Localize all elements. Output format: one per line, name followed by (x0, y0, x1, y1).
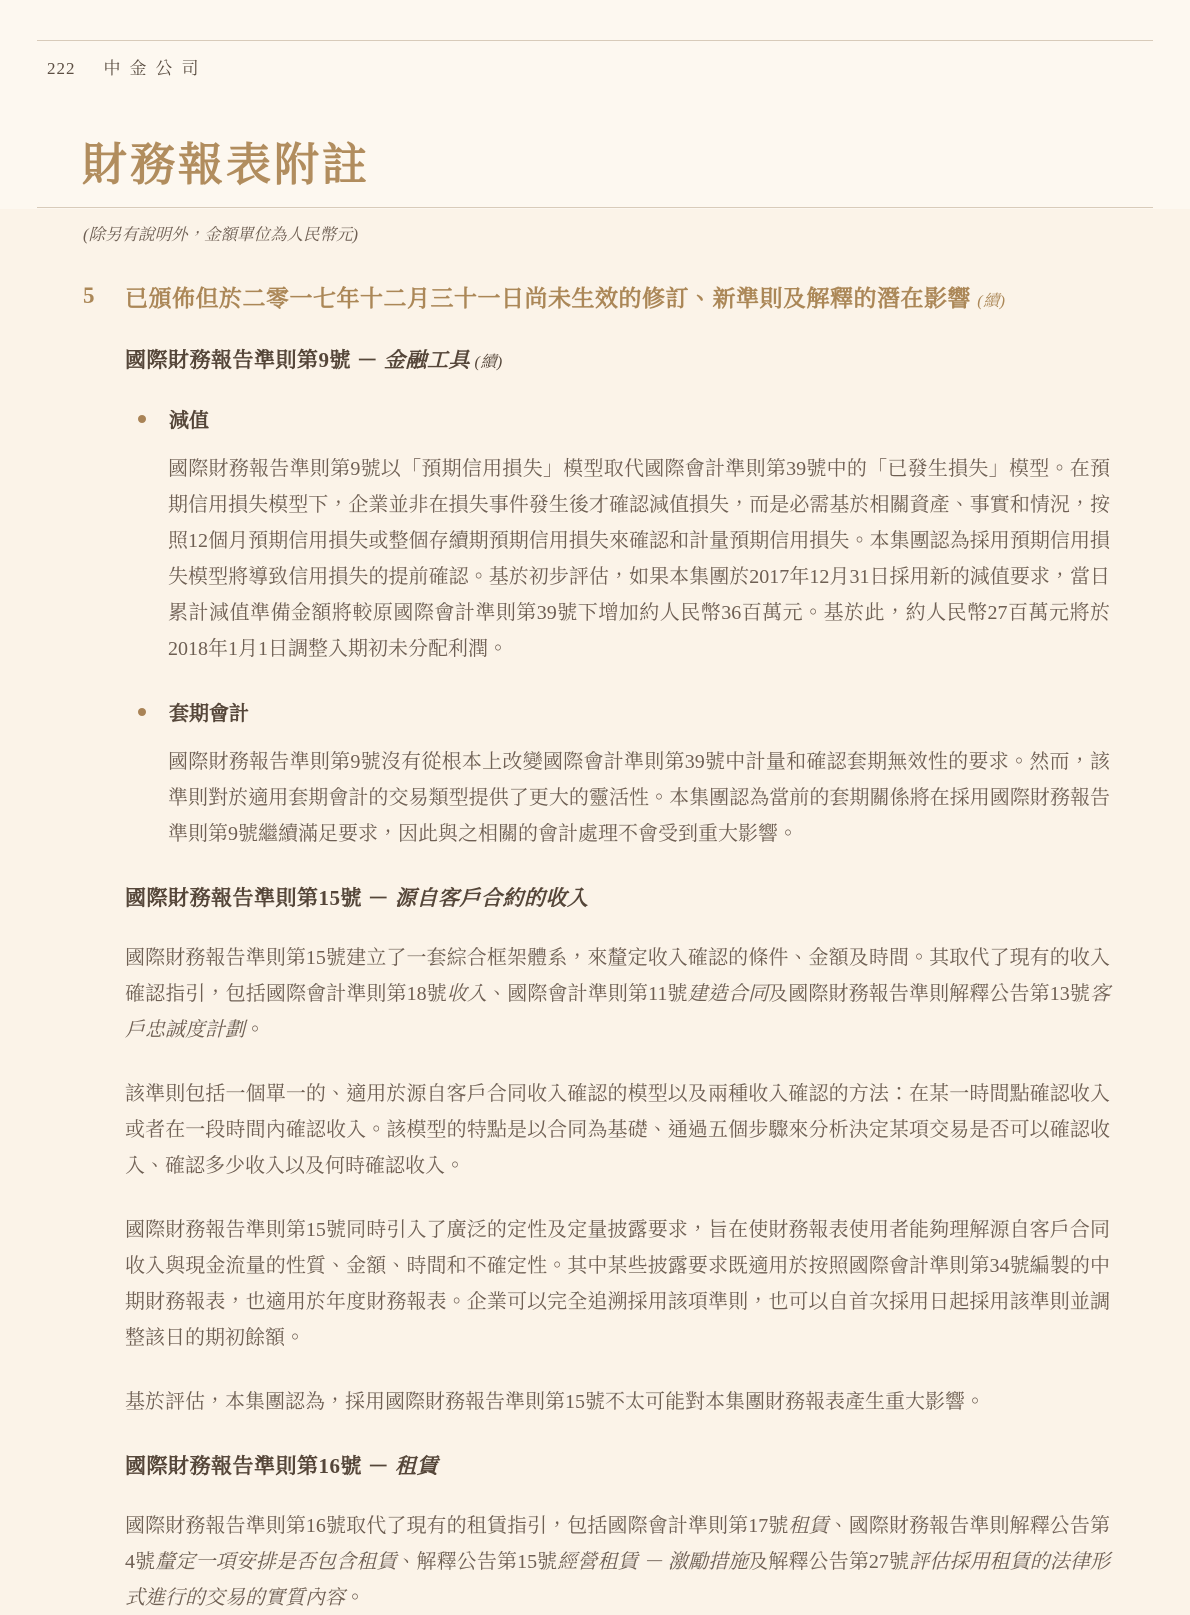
impairment-paragraph: 國際財務報告準則第9號以「預期信用損失」模型取代國際會計準則第39號中的「已發生… (168, 451, 1110, 667)
hedge-accounting-paragraph: 國際財務報告準則第9號沒有從根本上改變國際會計準則第39號中計量和確認套期無效性… (168, 744, 1110, 852)
ifrs9-heading: 國際財務報告準則第9號 － 金融工具 (續) (125, 344, 1110, 374)
bullet-icon (138, 708, 146, 716)
page-header: 222 中金公司 (47, 54, 1190, 79)
report-page: 222 中金公司 財務報表附註 (除另有說明外，金額單位為人民幣元) 5 已頒佈… (0, 0, 1190, 1615)
ifrs16-heading-plain: 國際財務報告準則第16號 － (125, 1454, 395, 1478)
ifrs15-heading: 國際財務報告準則第15號 － 源自客戶合約的收入 (125, 882, 1110, 912)
section-title: 已頒佈但於二零一七年十二月三十一日尚未生效的修訂、新準則及解釋的潛在影響 (續) (125, 283, 1065, 314)
ifrs16-paragraph-1: 國際財務報告準則第16號取代了現有的租賃指引，包括國際會計準則第17號租賃、國際… (125, 1508, 1110, 1615)
bullet-label-impairment: 減值 (169, 404, 209, 433)
ifrs9-heading-continued: (續) (470, 354, 503, 371)
ifrs15-paragraph-1: 國際財務報告準則第15號建立了一套綜合框架體系，來釐定收入確認的條件、金額及時間… (125, 940, 1110, 1048)
ifrs15-paragraph-2: 該準則包括一個單一的、適用於源自客戶合同收入確認的模型以及兩種收入確認的方法：在… (125, 1076, 1110, 1184)
ifrs16-heading-standard-name: 租賃 (395, 1454, 438, 1478)
section-title-text: 已頒佈但於二零一七年十二月三十一日尚未生效的修訂、新準則及解釋的潛在影響 (125, 286, 977, 311)
document-title: 財務報表附註 (82, 141, 1190, 191)
company-name: 中金公司 (104, 54, 208, 79)
ifrs15-heading-plain: 國際財務報告準則第15號 － (125, 886, 395, 910)
ifrs15-paragraph-4: 基於評估，本集團認為，採用國際財務報告準則第15號不太可能對本集團財務報表產生重… (125, 1384, 1110, 1420)
ifrs9-heading-plain: 國際財務報告準則第9號 － (125, 348, 384, 372)
bullet-label-hedge-accounting: 套期會計 (169, 697, 249, 726)
currency-note: (除另有說明外，金額單位為人民幣元) (83, 221, 1190, 245)
section-title-continued: (續) (977, 293, 1005, 310)
ifrs16-heading: 國際財務報告準則第16號 － 租賃 (125, 1450, 1110, 1480)
section-5-heading-row: 5 已頒佈但於二零一七年十二月三十一日尚未生效的修訂、新準則及解釋的潛在影響 (… (83, 283, 1190, 314)
title-divider (37, 207, 1153, 208)
page-number: 222 (47, 59, 76, 79)
bullet-icon (138, 415, 146, 423)
ifrs9-heading-standard-name: 金融工具 (384, 348, 470, 372)
bullet-item-impairment: 減值 (125, 404, 1110, 433)
bullet-item-hedge-accounting: 套期會計 (125, 697, 1110, 726)
ifrs15-heading-standard-name: 源自客戶合約的收入 (395, 886, 589, 910)
ifrs15-paragraph-3: 國際財務報告準則第15號同時引入了廣泛的定性及定量披露要求，旨在使財務報表使用者… (125, 1212, 1110, 1356)
section-number: 5 (83, 283, 125, 314)
section-content: 國際財務報告準則第9號 － 金融工具 (續) 減值 國際財務報告準則第9號以「預… (125, 344, 1110, 1615)
top-divider (37, 40, 1153, 41)
